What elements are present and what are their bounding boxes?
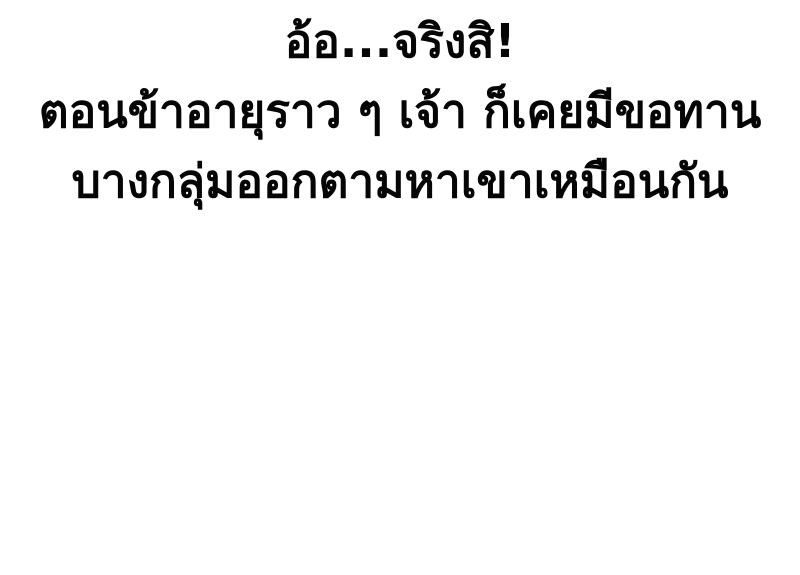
caption-page: อ้อ...จริงสิ! ตอนข้าอายุราว ๆ เจ้า ก็เคย… [0,0,800,575]
dialogue-caption: อ้อ...จริงสิ! ตอนข้าอายุราว ๆ เจ้า ก็เคย… [0,6,800,216]
caption-line-3: บางกลุ่มออกตามหาเขาเหมือนกัน [0,146,800,216]
caption-line-1: อ้อ...จริงสิ! [0,6,800,76]
caption-line-2: ตอนข้าอายุราว ๆ เจ้า ก็เคยมีขอทาน [0,76,800,146]
